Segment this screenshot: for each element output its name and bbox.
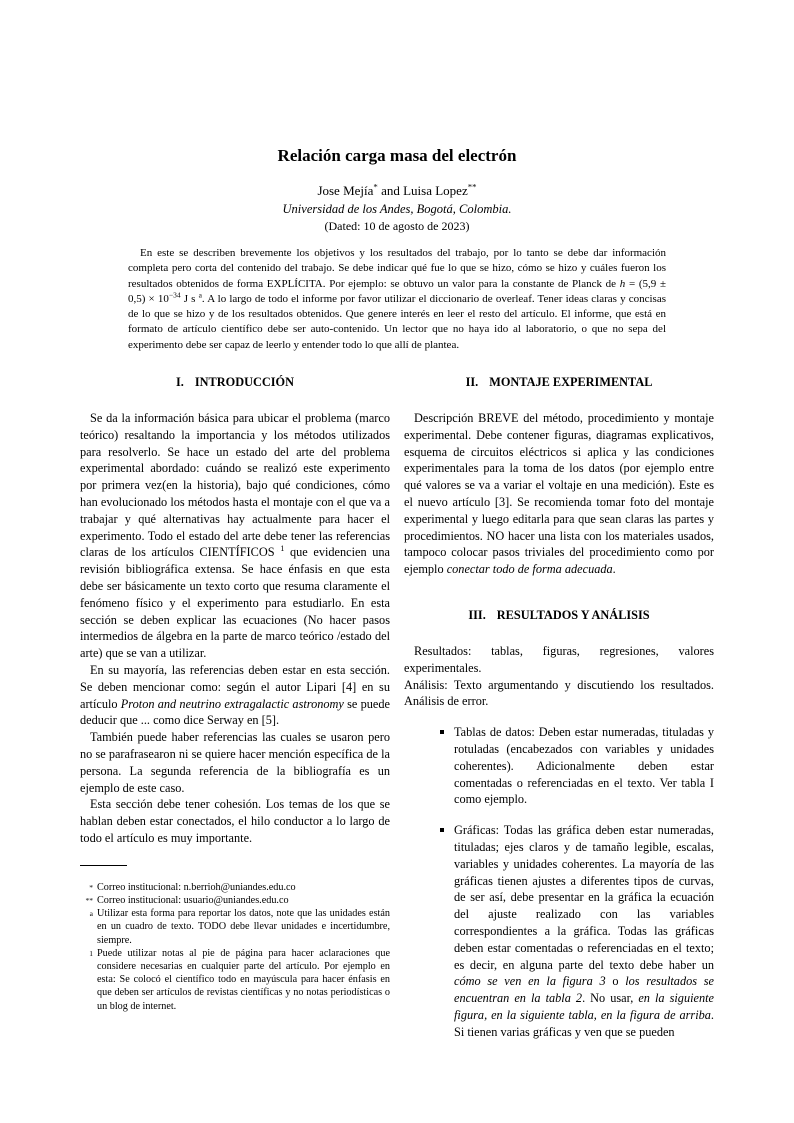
footnote-block: *Correo institucional: n.berrioh@uniande… — [80, 865, 390, 1013]
bullet-icon — [440, 828, 444, 832]
footnote-marker: * — [80, 881, 93, 894]
footnote: 1Puede utilizar notas al pie de página p… — [80, 947, 390, 1013]
montaje-paragraph: Descripción BREVE del método, procedimie… — [404, 410, 714, 578]
date-line: (Dated: 10 de agosto de 2023) — [80, 219, 714, 234]
bullet-text: Tablas de datos: Deben estar numeradas, … — [454, 725, 714, 806]
two-column-body: I.INTRODUCCIÓN Se da la información bási… — [80, 369, 714, 1055]
footnote-text: Correo institucional: n.berrioh@uniandes… — [97, 882, 296, 893]
section-title: INTRODUCCIÓN — [195, 375, 294, 389]
footnote-rule — [80, 865, 127, 866]
footnote-marker: a — [80, 907, 93, 920]
section-heading-introduccion: I.INTRODUCCIÓN — [80, 375, 390, 390]
footnote-marker: ** — [80, 894, 93, 907]
authors-line: Jose Mejía* and Luisa Lopez** — [80, 183, 714, 199]
paper-title: Relación carga masa del electrón — [80, 146, 714, 166]
bullet-list: Tablas de datos: Deben estar numeradas, … — [404, 724, 714, 1040]
footnote: aUtilizar esta forma para reportar los d… — [80, 907, 390, 947]
section-title: RESULTADOS Y ANÁLISIS — [497, 608, 650, 622]
section-title: MONTAJE EXPERIMENTAL — [489, 375, 652, 389]
intro-paragraph-1: Se da la información básica para ubicar … — [80, 410, 390, 662]
bullet-icon — [440, 730, 444, 734]
footnote-text: Utilizar esta forma para reportar los da… — [97, 908, 390, 945]
section-number: III. — [468, 608, 485, 622]
abstract: En este se describen brevemente los obje… — [128, 246, 666, 353]
affiliation: Universidad de los Andes, Bogotá, Colomb… — [80, 202, 714, 217]
intro-paragraph-3: También puede haber referencias las cual… — [80, 729, 390, 796]
section-number: I. — [176, 375, 184, 389]
paper-page: Relación carga masa del electrón Jose Me… — [0, 0, 794, 1123]
resultados-paragraph-1: Resultados: tablas, figuras, regresiones… — [404, 643, 714, 677]
bullet-item-graficas: Gráficas: Todas las gráfica deben estar … — [454, 822, 714, 1040]
intro-paragraph-2: En su mayoría, las referencias deben est… — [80, 662, 390, 729]
bullet-text: Gráficas: Todas las gráfica deben estar … — [454, 823, 714, 1039]
bullet-item-tablas: Tablas de datos: Deben estar numeradas, … — [454, 724, 714, 808]
footnote-text: Correo institucional: usuario@uniandes.e… — [97, 895, 289, 906]
footnote-text: Puede utilizar notas al pie de página pa… — [97, 948, 390, 1012]
right-column: II.MONTAJE EXPERIMENTAL Descripción BREV… — [404, 369, 714, 1055]
footnote-marker: 1 — [80, 947, 93, 960]
footnote: **Correo institucional: usuario@uniandes… — [80, 894, 390, 907]
footnote: *Correo institucional: n.berrioh@uniande… — [80, 881, 390, 894]
section-heading-montaje: II.MONTAJE EXPERIMENTAL — [404, 375, 714, 390]
intro-paragraph-4: Esta sección debe tener cohesión. Los te… — [80, 796, 390, 846]
resultados-paragraph-2: Análisis: Texto argumentando y discutien… — [404, 677, 714, 711]
section-heading-resultados: III.RESULTADOS Y ANÁLISIS — [404, 608, 714, 623]
paper-header: Relación carga masa del electrón Jose Me… — [80, 146, 714, 234]
left-column: I.INTRODUCCIÓN Se da la información bási… — [80, 369, 390, 1055]
section-number: II. — [466, 375, 479, 389]
